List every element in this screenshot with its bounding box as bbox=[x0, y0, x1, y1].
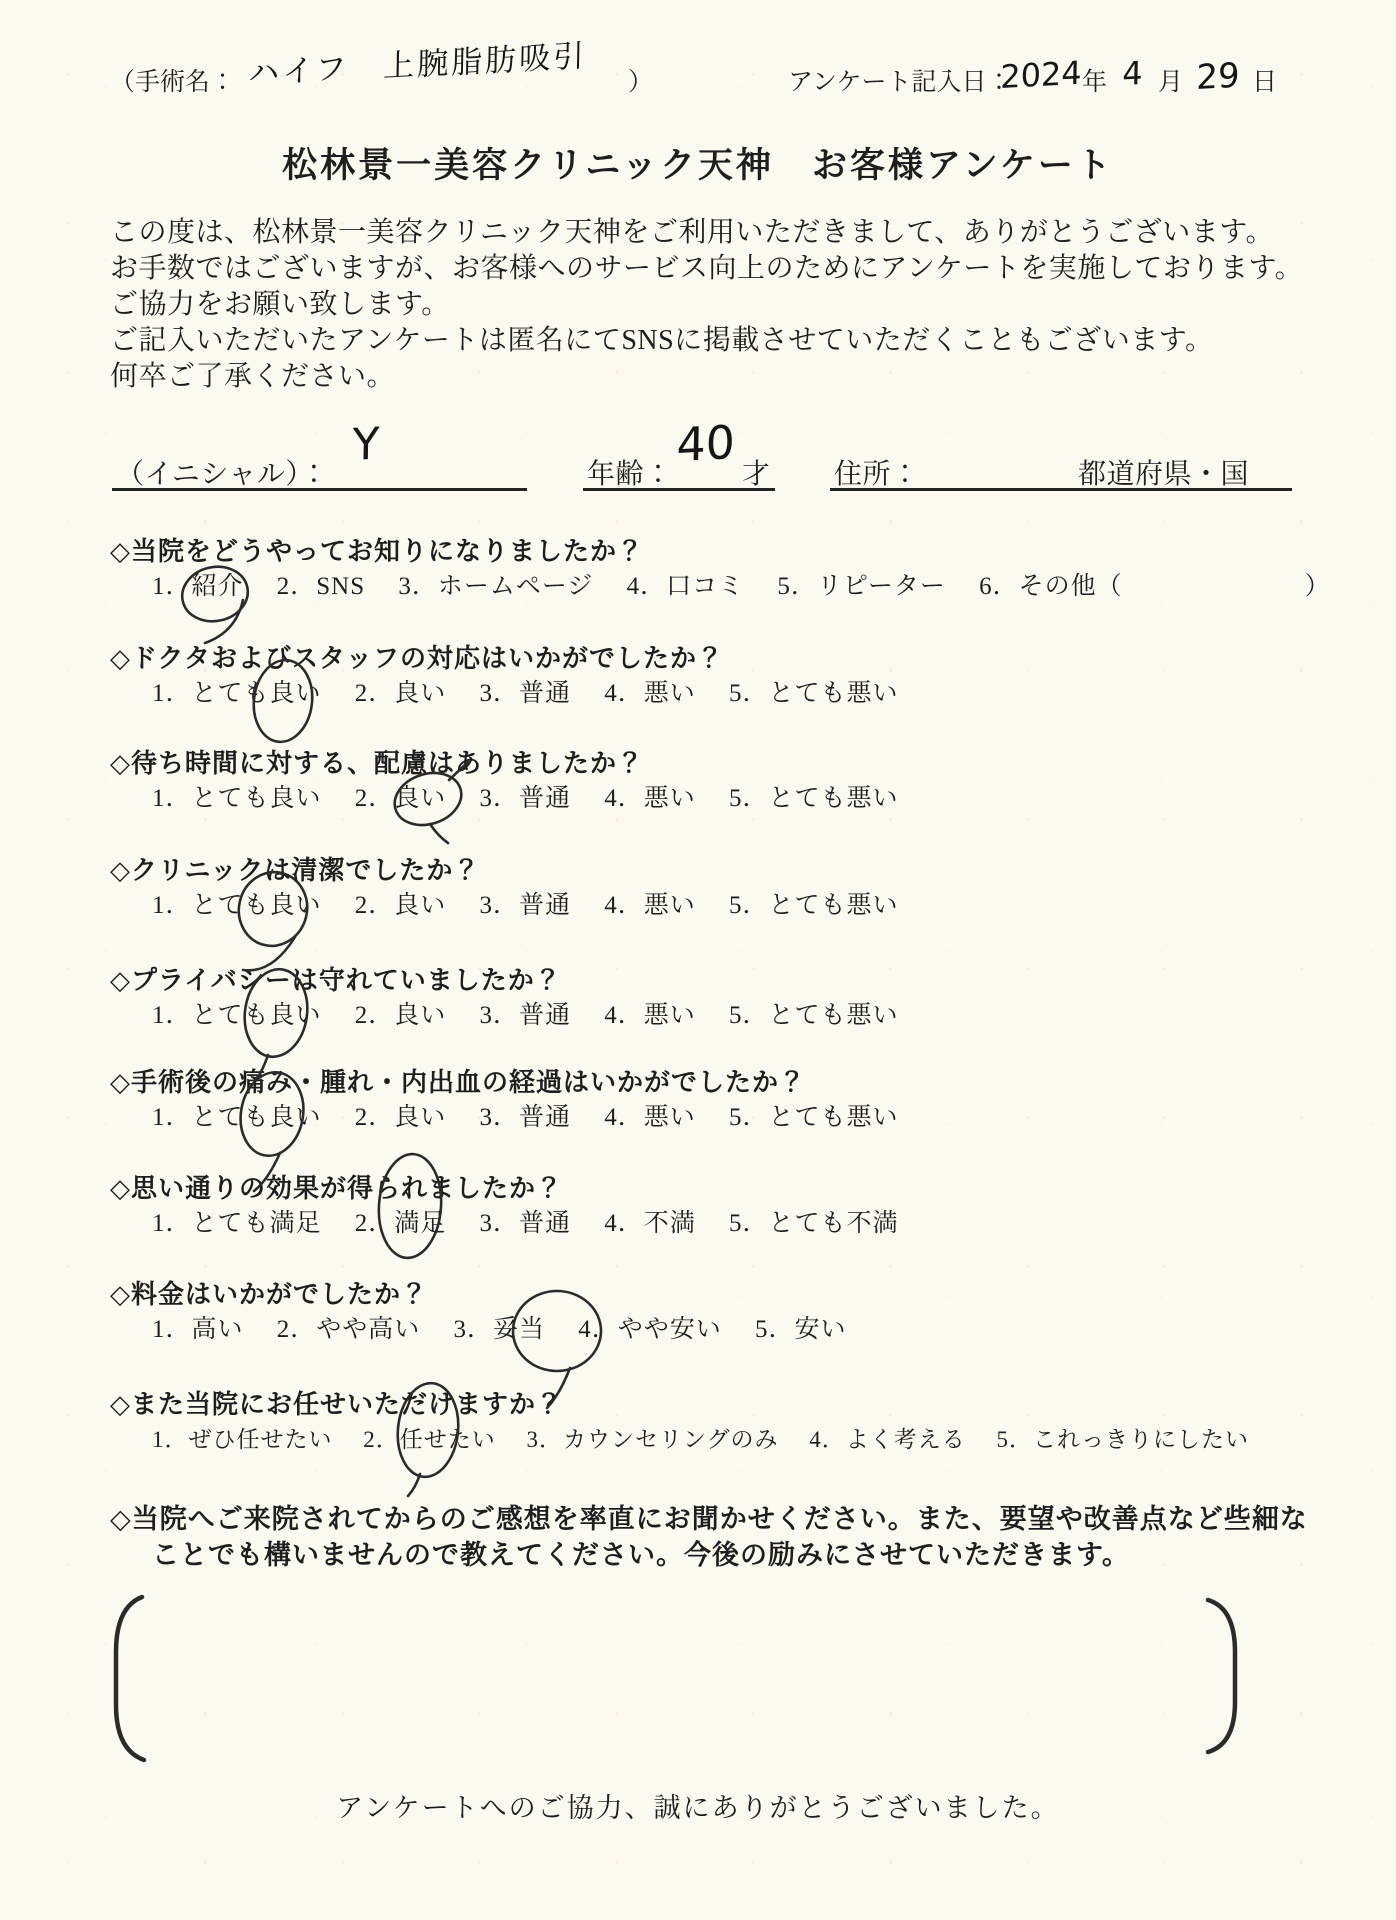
question-5-title: ◇プライバシーは守れていましたか？ bbox=[110, 962, 899, 999]
question-4: ◇クリニックは清潔でしたか？ 1．とても良い 2．良い 3．普通 4．悪い 5．… bbox=[110, 852, 899, 923]
survey-page: （手術名： ハイフ 上腕脂肪吸引 ） アンケート記入日： 2024 年 4 月 … bbox=[0, 0, 1396, 1920]
question-1-title: ◇当院をどうやってお知りになりましたか？ bbox=[110, 533, 1331, 570]
intro-line: ご記入いただいたアンケートは匿名にてSNSに掲載させていただくこともございます。 bbox=[110, 318, 1213, 358]
question-7-title: ◇思い通りの効果が得られましたか？ bbox=[110, 1170, 899, 1207]
age-label: 年齢： bbox=[587, 452, 673, 492]
question-3: ◇待ち時間に対する、配慮はありましたか？ 1．とても良い 2．良い 3．普通 4… bbox=[110, 745, 899, 816]
intro-line: この度は、松林景一美容クリニック天神をご利用いただきまして、ありがとうございます… bbox=[110, 210, 1274, 250]
closing-message: アンケートへのご協力、誠にありがとうございました。 bbox=[0, 1786, 1396, 1825]
question-8-options: 1．高い 2．やや高い 3．妥当 4．やや安い 5．安い bbox=[152, 1313, 847, 1347]
feedback-line-1: ◇当院へご来院されてからのご感想を率直にお聞かせください。また、要望や改善点など… bbox=[110, 1497, 1308, 1536]
question-8: ◇料金はいかがでしたか？ 1．高い 2．やや高い 3．妥当 4．やや安い 5．安… bbox=[110, 1276, 847, 1347]
question-3-options: 1．とても良い 2．良い 3．普通 4．悪い 5．とても悪い bbox=[152, 782, 899, 816]
age-unit: 才 bbox=[742, 452, 771, 492]
address-label: 住所： bbox=[834, 452, 920, 492]
question-5-options: 1．とても良い 2．良い 3．普通 4．悪い 5．とても悪い bbox=[152, 999, 899, 1033]
date-month-unit: 月 bbox=[1158, 62, 1183, 98]
question-7: ◇思い通りの効果が得られましたか？ 1．とても満足 2．満足 3．普通 4．不満… bbox=[110, 1170, 899, 1241]
initial-label: （イニシャル）： bbox=[116, 452, 328, 492]
question-9-title: ◇また当院にお任せいただけますか？ bbox=[110, 1386, 1249, 1423]
date-year-unit: 年 bbox=[1082, 62, 1107, 98]
question-9: ◇また当院にお任せいただけますか？ 1．ぜひ任せたい 2．任せたい 3．カウンセ… bbox=[110, 1386, 1249, 1457]
question-9-options: 1．ぜひ任せたい 2．任せたい 3．カウンセリングのみ 4．よく考える 5．これ… bbox=[152, 1423, 1249, 1457]
page-title: 松林景一美容クリニック天神 お客様アンケート bbox=[0, 138, 1396, 188]
date-day-value: 29 bbox=[1196, 56, 1240, 98]
question-6: ◇手術後の痛み・腫れ・内出血の経過はいかがでしたか？ 1．とても良い 2．良い … bbox=[110, 1064, 899, 1135]
age-value: 40 bbox=[676, 415, 735, 472]
address-note: 都道府県・国 bbox=[1078, 452, 1249, 492]
comment-bracket-right bbox=[1208, 1600, 1235, 1752]
question-7-options: 1．とても満足 2．満足 3．普通 4．不満 5．とても不満 bbox=[152, 1207, 899, 1241]
initial-value: Y bbox=[352, 418, 380, 471]
comment-box bbox=[116, 1597, 1235, 1760]
date-day-unit: 日 bbox=[1252, 62, 1277, 98]
comment-bracket-left bbox=[116, 1597, 144, 1760]
question-1: ◇当院をどうやってお知りになりましたか？ 1．紹介 2．SNS 3．ホームページ… bbox=[110, 533, 1331, 604]
question-1-options: 1．紹介 2．SNS 3．ホームページ 4．口コミ 5．リピーター 6．その他（… bbox=[152, 570, 1331, 604]
intro-line: 何卒ご了承ください。 bbox=[110, 354, 395, 394]
date-month-value: 4 bbox=[1122, 54, 1143, 93]
surgery-label-open: （手術名： bbox=[110, 62, 235, 98]
question-5: ◇プライバシーは守れていましたか？ 1．とても良い 2．良い 3．普通 4．悪い… bbox=[110, 962, 899, 1033]
question-6-title: ◇手術後の痛み・腫れ・内出血の経過はいかがでしたか？ bbox=[110, 1064, 899, 1101]
question-4-options: 1．とても良い 2．良い 3．普通 4．悪い 5．とても悪い bbox=[152, 889, 899, 923]
question-2-options: 1．とても良い 2．良い 3．普通 4．悪い 5．とても悪い bbox=[152, 677, 899, 711]
survey-date-label: アンケート記入日： bbox=[788, 62, 1012, 98]
question-3-title: ◇待ち時間に対する、配慮はありましたか？ bbox=[110, 745, 899, 782]
feedback-line-2: ことでも構いませんので教えてください。今後の励みにさせていただきます。 bbox=[152, 1533, 1130, 1572]
surgery-name-value: ハイフ 上腕脂肪吸引 bbox=[248, 30, 587, 93]
intro-line: お手数ではございますが、お客様へのサービス向上のためにアンケートを実施しておりま… bbox=[110, 246, 1303, 286]
intro-line: ご協力をお願い致します。 bbox=[110, 282, 450, 322]
date-year-value: 2024 bbox=[1000, 54, 1082, 96]
question-2: ◇ドクタおよびスタッフの対応はいかがでしたか？ 1．とても良い 2．良い 3．普… bbox=[110, 640, 899, 711]
question-8-title: ◇料金はいかがでしたか？ bbox=[110, 1276, 847, 1313]
question-4-title: ◇クリニックは清潔でしたか？ bbox=[110, 852, 899, 889]
question-6-options: 1．とても良い 2．良い 3．普通 4．悪い 5．とても悪い bbox=[152, 1101, 899, 1135]
surgery-label-close: ） bbox=[628, 62, 653, 98]
question-2-title: ◇ドクタおよびスタッフの対応はいかがでしたか？ bbox=[110, 640, 899, 677]
